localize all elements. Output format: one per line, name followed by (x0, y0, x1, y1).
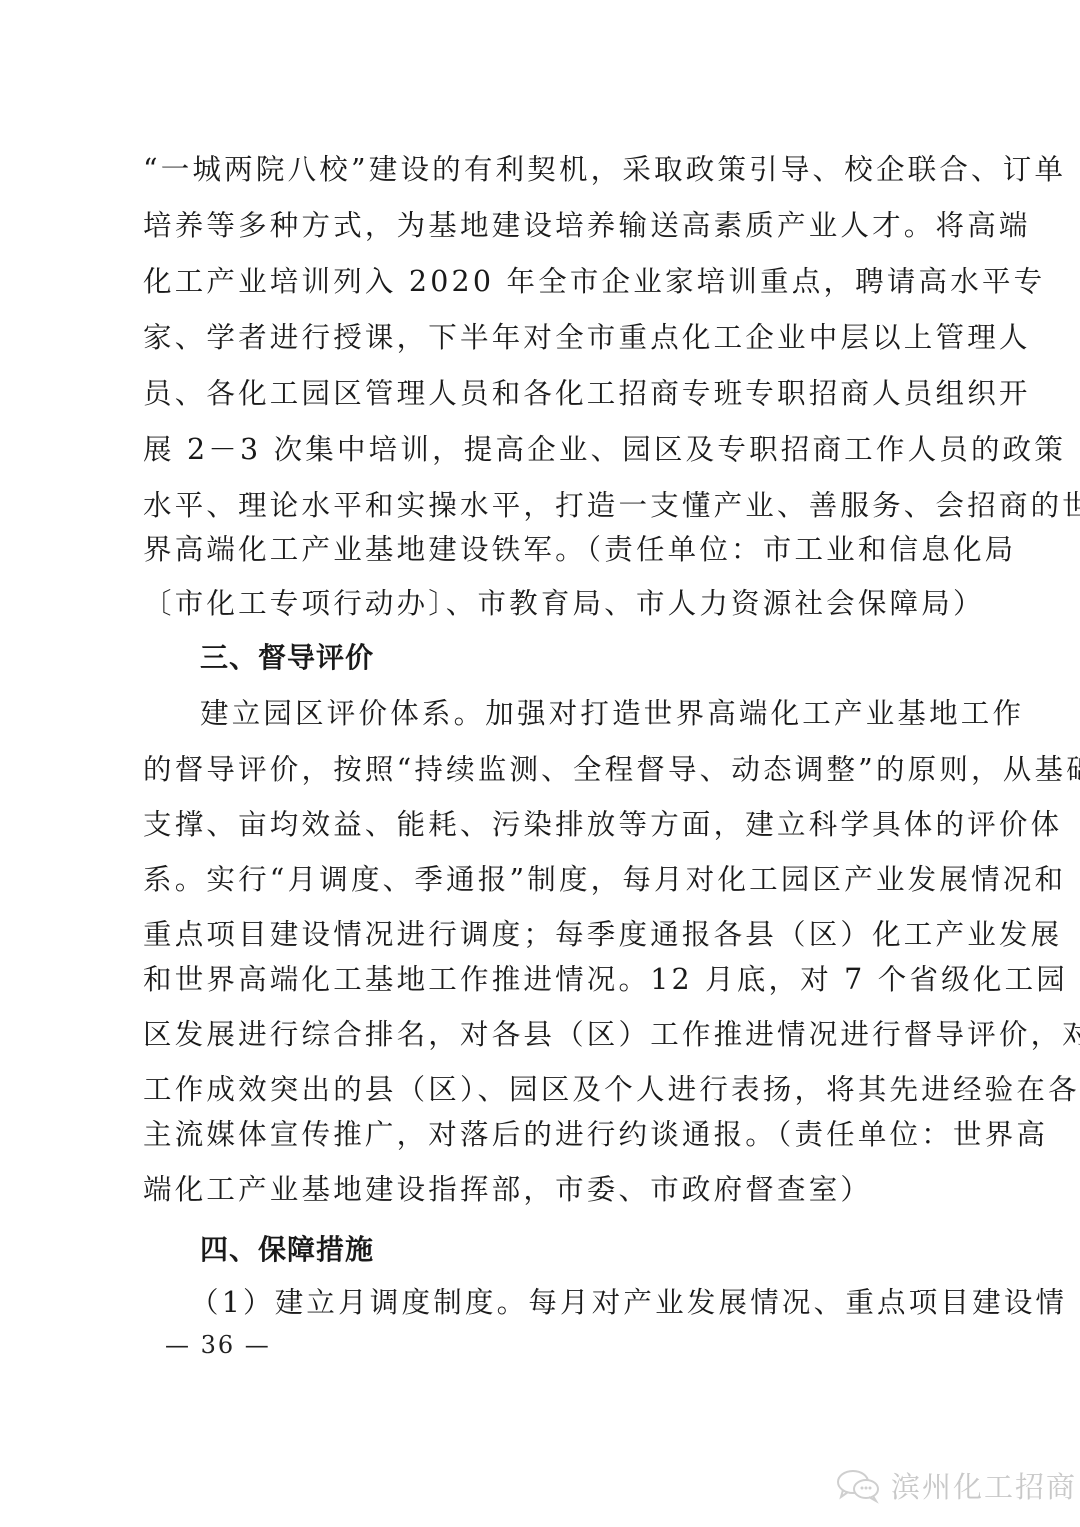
document-page: “一城两院八校”建设的有利契机，采取政策引导、校企联合、订单 培养等多种方式，为… (0, 0, 1080, 1527)
body-line: 化工产业培训列入 2020 年全市企业家培训重点，聘请高水平专 (143, 262, 943, 302)
section-heading-supervision: 三、督导评价 (200, 638, 374, 678)
wechat-icon (835, 1468, 883, 1504)
watermark-text: 滨州化工招商 (891, 1465, 1077, 1506)
body-line: 端化工产业基地建设指挥部，市委、市政府督查室） (143, 1170, 943, 1210)
body-line: 主流媒体宣传推广，对落后的进行约谈通报。（责任单位：世界高 (143, 1115, 943, 1155)
body-line: 和世界高端化工基地工作推进情况。12 月底，对 7 个省级化工园 (143, 960, 943, 1000)
watermark: 滨州化工招商 (835, 1465, 1077, 1506)
body-line: 水平、理论水平和实操水平，打造一支懂产业、善服务、会招商的世 (143, 486, 943, 526)
body-line: 工作成效突出的县（区）、园区及个人进行表扬，将其先进经验在各 (143, 1070, 943, 1110)
body-line: 重点项目建设情况进行调度；每季度通报各县（区）化工产业发展 (143, 915, 943, 955)
body-line: 家、学者进行授课，下半年对全市重点化工企业中层以上管理人 (143, 318, 943, 358)
body-line: 的督导评价，按照“持续监测、全程督导、动态调整”的原则，从基础 (143, 750, 943, 790)
body-line: 展 2－3 次集中培训，提高企业、园区及专职招商工作人员的政策 (143, 430, 943, 470)
body-line: 区发展进行综合排名，对各县（区）工作推进情况进行督导评价，对 (143, 1015, 943, 1055)
body-line: 建立园区评价体系。加强对打造世界高端化工产业基地工作 (200, 694, 943, 734)
body-line: 支撑、亩均效益、能耗、污染排放等方面，建立科学具体的评价体 (143, 805, 943, 845)
body-line: “一城两院八校”建设的有利契机，采取政策引导、校企联合、订单 (143, 150, 943, 190)
body-line: 〔市化工专项行动办〕、市教育局、市人力资源社会保障局） (143, 584, 943, 624)
section-heading-safeguards: 四、保障措施 (200, 1230, 374, 1270)
body-line: 员、各化工园区管理人员和各化工招商专班专职招商人员组织开 (143, 374, 943, 414)
body-line: 界高端化工产业基地建设铁军。（责任单位：市工业和信息化局 (143, 530, 943, 570)
page-number: — 36 — (165, 1325, 271, 1365)
body-line: 系。实行“月调度、季通报”制度，每月对化工园区产业发展情况和 (143, 860, 943, 900)
body-line: 培养等多种方式，为基地建设培养输送高素质产业人才。将高端 (143, 206, 943, 246)
body-line: （1）建立月调度制度。每月对产业发展情况、重点项目建设情 (190, 1283, 943, 1323)
